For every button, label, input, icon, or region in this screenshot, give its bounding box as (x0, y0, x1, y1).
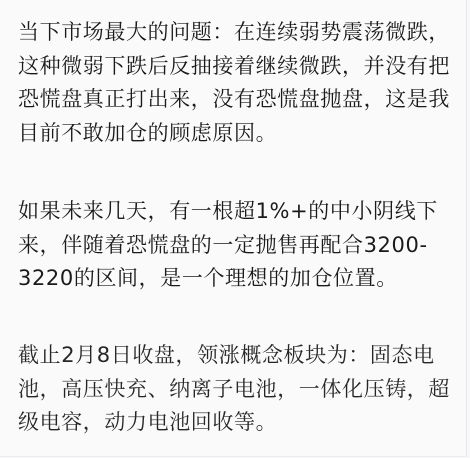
paragraph-market-problem: 当下市场最大的问题：在连续弱势震荡微跌， 这种微弱下跌后反抽接着继续微跌，并没有… (18, 16, 464, 150)
text-line: 池，高压快充、纳离子电池，一体化压铸，超 (18, 373, 464, 407)
text-line: 目前不敢加仓的顾虑原因。 (18, 117, 464, 151)
text-line: 级电容，动力电池回收等。 (18, 406, 464, 440)
text-line: 这种微弱下跌后反抽接着继续微跌，并没有把 (18, 50, 464, 84)
text-line: 当下市场最大的问题：在连续弱势震荡微跌， (18, 16, 464, 50)
text-line: 3220的区间，是一个理想的加仓位置。 (18, 262, 464, 296)
text-line: 截止2月8日收盘，领涨概念板块为：固态电 (18, 339, 464, 373)
paragraph-leading-sectors: 截止2月8日收盘，领涨概念板块为：固态电 池，高压快充、纳离子电池，一体化压铸，… (18, 339, 464, 440)
text-line: 如果未来几天，有一根超1%+的中小阴线下 (18, 195, 464, 229)
document-page: 当下市场最大的问题：在连续弱势震荡微跌， 这种微弱下跌后反抽接着继续微跌，并没有… (0, 0, 467, 457)
paragraph-add-position-plan: 如果未来几天，有一根超1%+的中小阴线下 来，伴随着恐慌盘的一定抛售再配合320… (18, 195, 464, 296)
text-line: 恐慌盘真正打出来，没有恐慌盘抛盘，这是我 (18, 83, 464, 117)
text-line: 来，伴随着恐慌盘的一定抛售再配合3200- (18, 229, 464, 263)
